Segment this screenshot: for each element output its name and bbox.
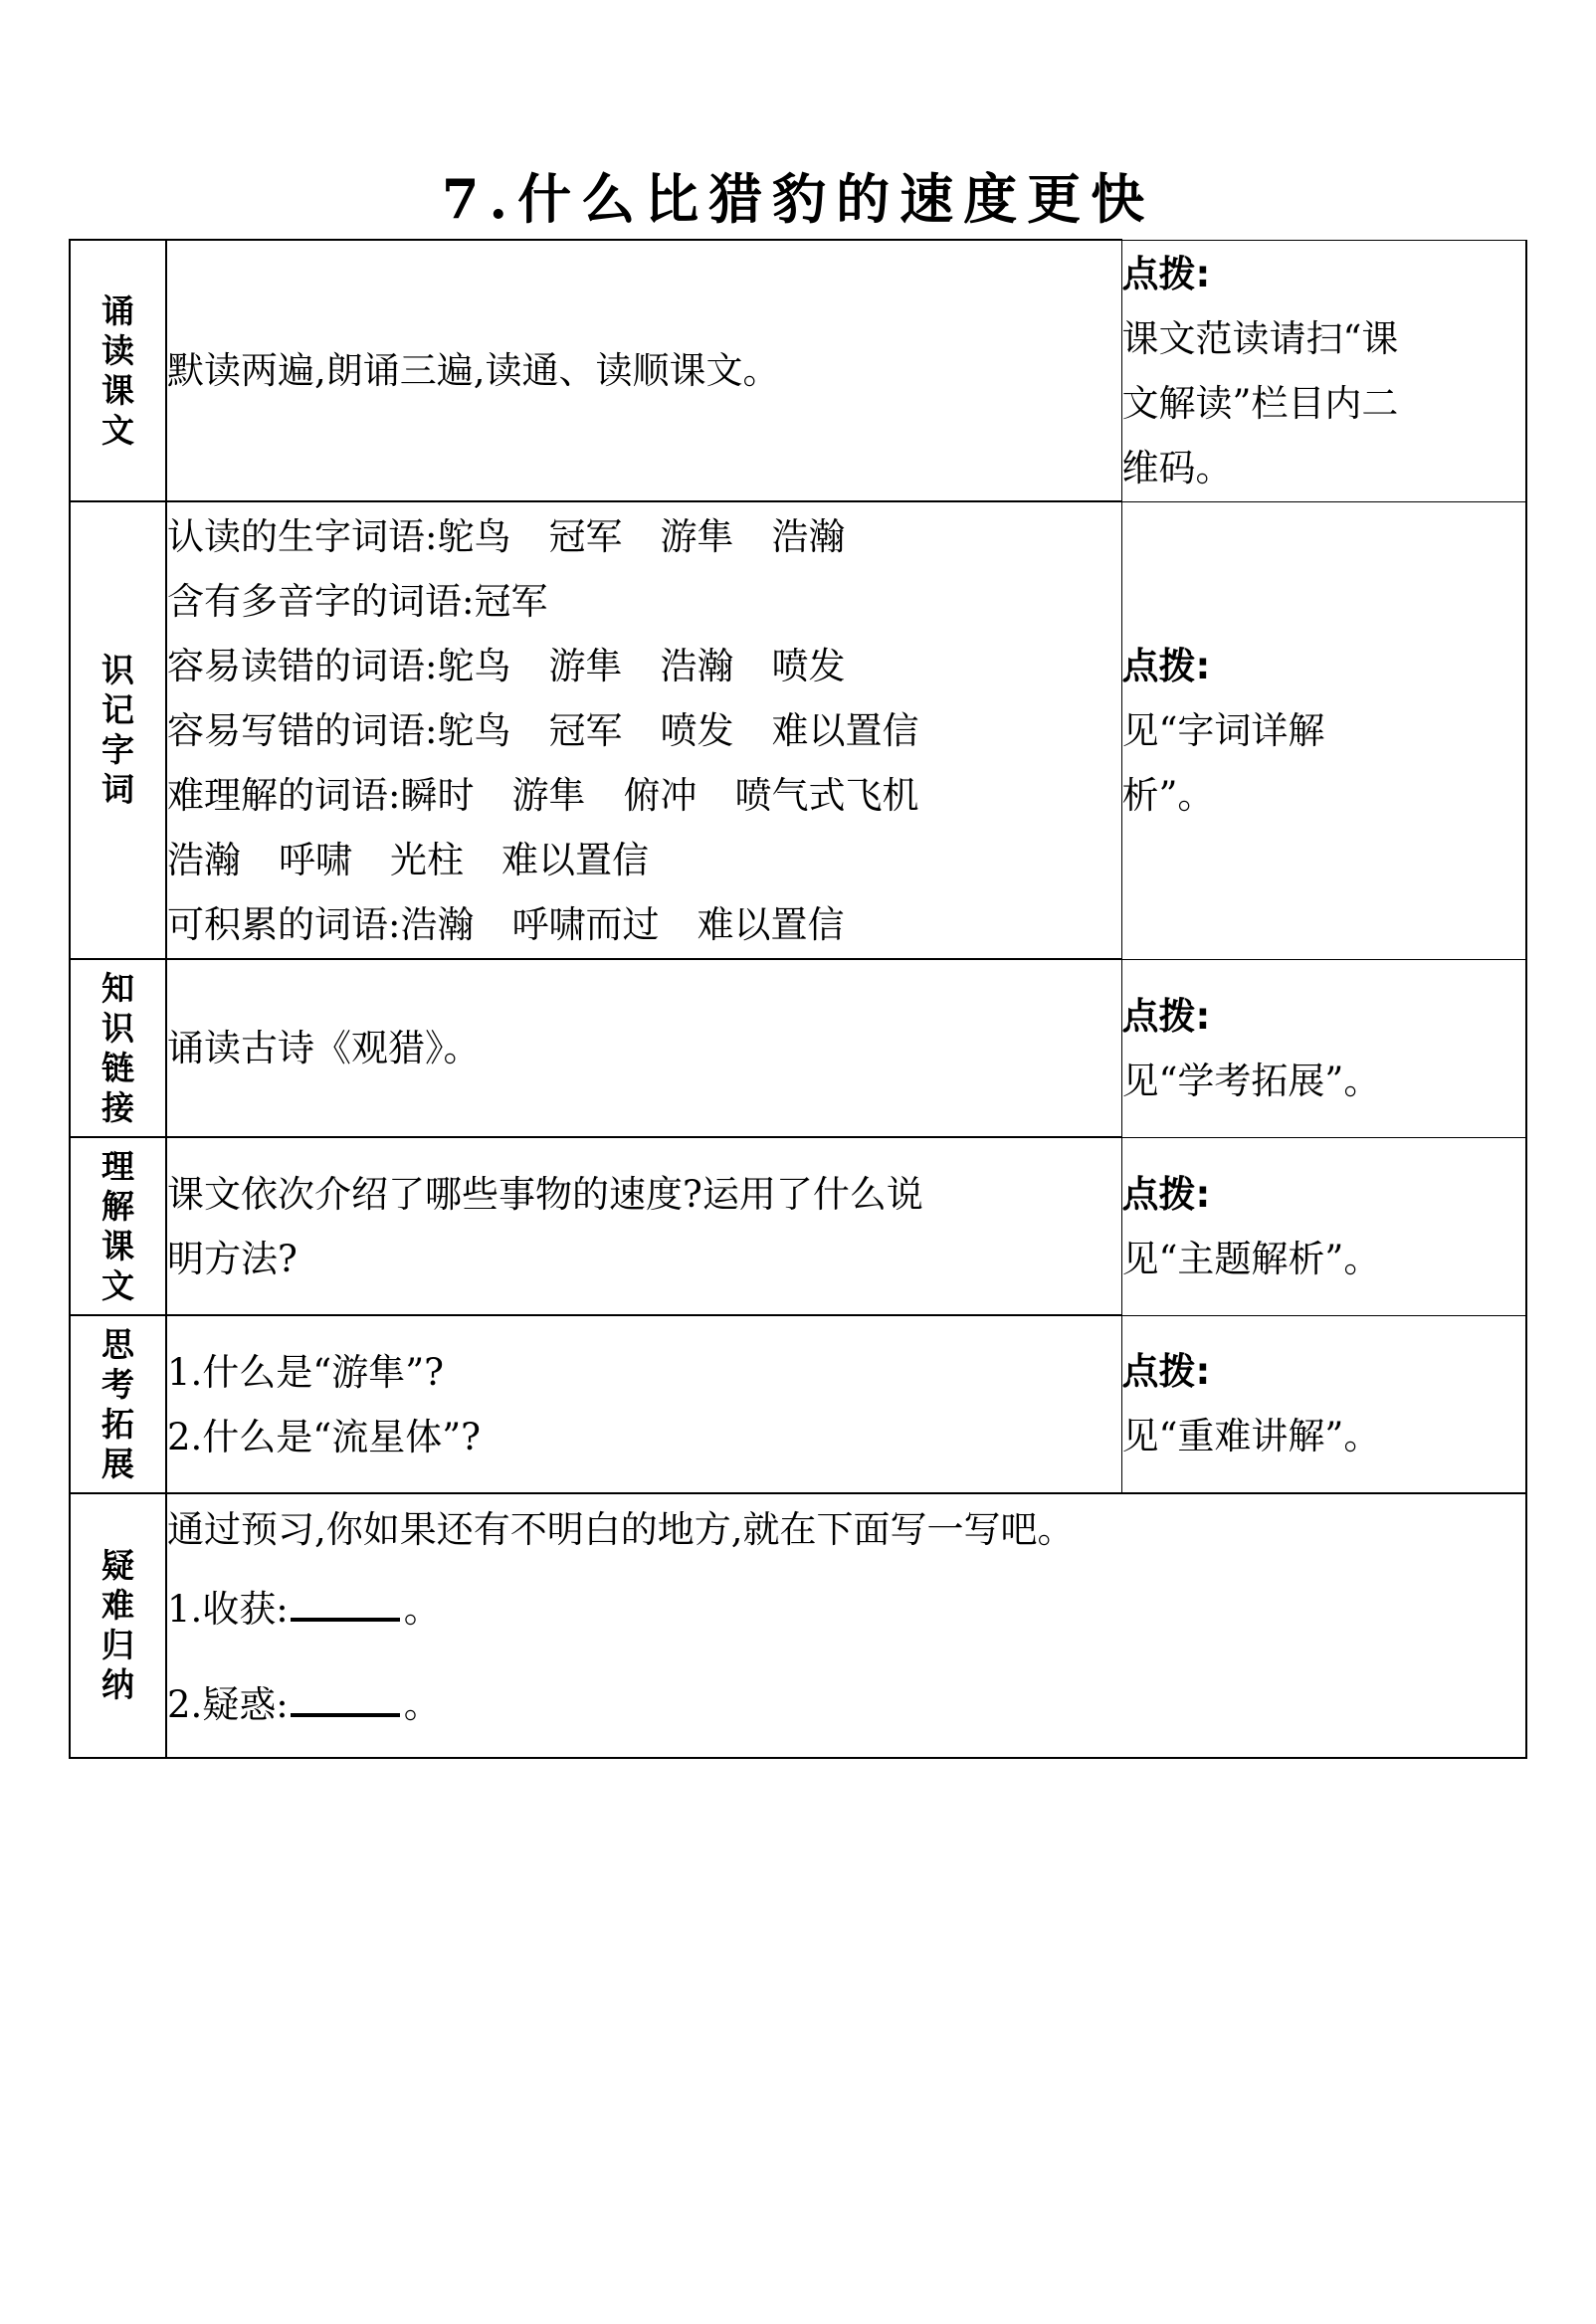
answer-blank-doubt[interactable]	[291, 1683, 400, 1717]
word: 鸵鸟	[437, 709, 510, 752]
vocab-prefix: 难理解的词语:	[167, 774, 400, 817]
vocab-line-recognize: 认读的生字词语:鸵鸟冠军游隼浩瀚	[167, 504, 1121, 569]
item-end: 。	[404, 1683, 441, 1726]
row-content-recite: 默读两遍,朗诵三遍,读通、读顺课文。	[166, 240, 1121, 501]
label-char: 识	[71, 1009, 165, 1049]
label-char: 难	[71, 1586, 165, 1626]
label-char: 文	[71, 1266, 165, 1306]
row-label-think-extend: 思 考 拓 展	[70, 1315, 166, 1493]
word: 浩瀚	[400, 903, 474, 946]
vocab-prefix: 容易读错的词语:	[167, 645, 437, 687]
word: 游隼	[660, 515, 733, 558]
table-row-understand: 理 解 课 文 课文依次介绍了哪些事物的速度?运用了什么说 明方法? 点拨: 见…	[70, 1137, 1526, 1315]
vocab-line-difficult-cont: 浩瀚呼啸光柱难以置信	[167, 828, 1121, 892]
label-char: 识	[71, 651, 165, 690]
row-label-recite: 诵 读 课 文	[70, 240, 166, 501]
hint-title: 点拨:	[1122, 1339, 1526, 1404]
label-char: 疑	[71, 1546, 165, 1586]
hint-title: 点拨:	[1122, 242, 1526, 306]
label-char: 展	[71, 1445, 165, 1484]
hint-line: 见“主题解析”。	[1122, 1227, 1526, 1291]
row-content-understand: 课文依次介绍了哪些事物的速度?运用了什么说 明方法?	[166, 1137, 1121, 1315]
word: 俯冲	[623, 774, 697, 817]
word: 喷气式飞机	[734, 774, 918, 817]
table-row-knowledge-link: 知 识 链 接 诵读古诗《观猎》。 点拨: 见“学考拓展”。	[70, 959, 1526, 1137]
word: 鸵鸟	[437, 645, 510, 687]
vocab-prefix: 含有多音字的词语:	[167, 580, 474, 623]
row-hint-think-extend: 点拨: 见“重难讲解”。	[1121, 1315, 1526, 1493]
table-row-vocabulary: 识 记 字 词 认读的生字词语:鸵鸟冠军游隼浩瀚 含有多音字的词语:冠军 容易读…	[70, 501, 1526, 959]
hint-line: 见“字词详解	[1122, 698, 1526, 763]
vocab-prefix: 认读的生字词语:	[167, 515, 437, 558]
label-char: 接	[71, 1088, 165, 1128]
page-title: 7.什么比猎豹的速度更快	[0, 167, 1596, 231]
label-char: 拓	[71, 1405, 165, 1445]
word: 难以置信	[697, 903, 844, 946]
label-char: 诵	[71, 291, 165, 331]
item-label: 1.收获:	[167, 1588, 289, 1631]
table-row-think-extend: 思 考 拓 展 1.什么是“游隼”? 2.什么是“流星体”? 点拨: 见“重难讲…	[70, 1315, 1526, 1493]
label-char: 链	[71, 1049, 165, 1088]
label-char: 文	[71, 411, 165, 451]
content-line: 默读两遍,朗诵三遍,读通、读顺课文。	[167, 338, 1121, 403]
vocab-prefix: 可积累的词语:	[167, 903, 400, 946]
word: 冠军	[474, 580, 547, 623]
question-line: 2.什么是“流星体”?	[167, 1405, 1121, 1469]
label-char: 归	[71, 1626, 165, 1665]
word: 浩瀚	[660, 645, 733, 687]
vocab-line-accumulate: 可积累的词语:浩瀚呼啸而过难以置信	[167, 892, 1121, 957]
hint-title: 点拨:	[1122, 634, 1526, 698]
word: 瞬时	[400, 774, 474, 817]
label-char: 课	[71, 371, 165, 411]
row-content-vocabulary: 认读的生字词语:鸵鸟冠军游隼浩瀚 含有多音字的词语:冠军 容易读错的词语:鸵鸟游…	[166, 501, 1121, 959]
word: 冠军	[548, 709, 622, 752]
label-char: 纳	[71, 1665, 165, 1705]
hint-line: 文解读”栏目内二	[1122, 371, 1526, 436]
summary-item-gain: 1.收获:。	[167, 1562, 1525, 1657]
label-char: 字	[71, 730, 165, 770]
item-label: 2.疑惑:	[167, 1683, 289, 1726]
label-char: 考	[71, 1365, 165, 1405]
word: 冠军	[548, 515, 622, 558]
hint-line: 课文范读请扫“课	[1122, 306, 1526, 371]
word: 游隼	[548, 645, 622, 687]
word: 喷发	[660, 709, 733, 752]
word: 鸵鸟	[437, 515, 510, 558]
label-char: 思	[71, 1325, 165, 1365]
row-label-summary: 疑 难 归 纳	[70, 1493, 166, 1758]
row-content-knowledge-link: 诵读古诗《观猎》。	[166, 959, 1121, 1137]
item-end: 。	[404, 1588, 441, 1631]
table-row-recite: 诵 读 课 文 默读两遍,朗诵三遍,读通、读顺课文。 点拨: 课文范读请扫“课 …	[70, 240, 1526, 501]
row-content-think-extend: 1.什么是“游隼”? 2.什么是“流星体”?	[166, 1315, 1121, 1493]
word: 呼啸	[279, 839, 352, 881]
question-line: 1.什么是“游隼”?	[167, 1340, 1121, 1405]
row-label-knowledge-link: 知 识 链 接	[70, 959, 166, 1137]
word: 难以置信	[501, 839, 649, 881]
label-char: 记	[71, 690, 165, 730]
content-line: 明方法?	[167, 1227, 1121, 1291]
label-char: 课	[71, 1227, 165, 1266]
label-char: 词	[71, 770, 165, 810]
content-line: 诵读古诗《观猎》。	[167, 1016, 1121, 1080]
word: 难以置信	[771, 709, 918, 752]
vocab-line-misread: 容易读错的词语:鸵鸟游隼浩瀚喷发	[167, 634, 1121, 698]
hint-line: 见“重难讲解”。	[1122, 1404, 1526, 1468]
hint-title: 点拨:	[1122, 1162, 1526, 1227]
word: 浩瀚	[771, 515, 845, 558]
word: 喷发	[771, 645, 845, 687]
vocab-line-miswritten: 容易写错的词语:鸵鸟冠军喷发难以置信	[167, 698, 1121, 763]
row-content-summary: 通过预习,你如果还有不明白的地方,就在下面写一写吧。 1.收获:。 2.疑惑:。	[166, 1493, 1526, 1758]
row-label-understand: 理 解 课 文	[70, 1137, 166, 1315]
content-line: 课文依次介绍了哪些事物的速度?运用了什么说	[167, 1162, 1121, 1227]
vocab-prefix: 容易写错的词语:	[167, 709, 437, 752]
label-char: 读	[71, 331, 165, 371]
vocab-line-polyphonic: 含有多音字的词语:冠军	[167, 569, 1121, 634]
row-hint-understand: 点拨: 见“主题解析”。	[1121, 1137, 1526, 1315]
word: 光柱	[390, 839, 464, 881]
hint-line: 维码。	[1122, 436, 1526, 500]
label-char: 理	[71, 1147, 165, 1187]
label-char: 解	[71, 1187, 165, 1227]
row-label-vocabulary: 识 记 字 词	[70, 501, 166, 959]
word: 浩瀚	[167, 839, 241, 881]
word: 呼啸而过	[511, 903, 659, 946]
summary-intro: 通过预习,你如果还有不明白的地方,就在下面写一写吧。	[167, 1498, 1525, 1562]
vocab-line-difficult: 难理解的词语:瞬时游隼俯冲喷气式飞机	[167, 763, 1121, 828]
hint-line: 见“学考拓展”。	[1122, 1049, 1526, 1113]
row-hint-recite: 点拨: 课文范读请扫“课 文解读”栏目内二 维码。	[1121, 240, 1526, 501]
word: 游隼	[511, 774, 585, 817]
row-hint-vocabulary: 点拨: 见“字词详解 析”。	[1121, 501, 1526, 959]
preview-table: 诵 读 课 文 默读两遍,朗诵三遍,读通、读顺课文。 点拨: 课文范读请扫“课 …	[69, 239, 1527, 1759]
table-row-summary: 疑 难 归 纳 通过预习,你如果还有不明白的地方,就在下面写一写吧。 1.收获:…	[70, 1493, 1526, 1758]
answer-blank-gain[interactable]	[291, 1588, 400, 1622]
label-char: 知	[71, 969, 165, 1009]
hint-title: 点拨:	[1122, 984, 1526, 1049]
summary-item-doubt: 2.疑惑:。	[167, 1657, 1525, 1753]
row-hint-knowledge-link: 点拨: 见“学考拓展”。	[1121, 959, 1526, 1137]
hint-line: 析”。	[1122, 763, 1526, 828]
